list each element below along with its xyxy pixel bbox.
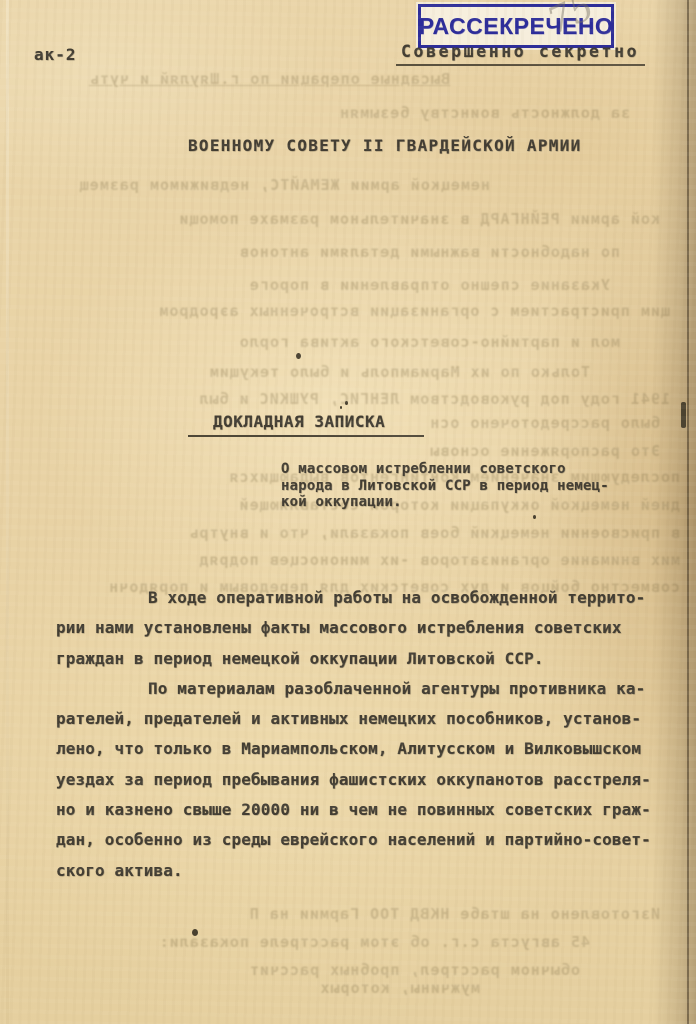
file-code: ак-2 <box>34 45 77 64</box>
bleedthrough-line: 1941 году под руководством ЛЕНГИС, РУШКИ… <box>30 390 670 408</box>
bleedthrough-line: мужчины, которых <box>200 979 480 997</box>
bleedthrough-line: 45 августа с.г. об этом расстреле показа… <box>90 933 590 951</box>
bleedthrough-line: Это распоряжение основы <box>380 442 660 460</box>
body-line: уездах за период пребывания фашистских о… <box>56 765 664 795</box>
ink-speck <box>192 929 198 936</box>
body-line: По материалам разоблаченной агентуры про… <box>56 674 664 704</box>
left-crease <box>6 0 9 1024</box>
bleedthrough-line: по надобности важными деталями антонов <box>60 243 620 261</box>
body-line: рии нами установлены факты массового ист… <box>56 613 664 643</box>
classification-label: Совершенно секретно <box>396 42 645 66</box>
right-edge-shadow <box>652 0 696 1024</box>
ink-speck <box>533 515 536 519</box>
bleedthrough-line: Изготовлено на штабе НКВД ТОО Гармии на … <box>60 905 660 923</box>
bleedthrough-line: мих внимание организаторов -их миноносце… <box>30 551 680 569</box>
bleedthrough-line: в присвоении немецкий боев показали, что… <box>30 524 680 542</box>
ink-speck <box>340 406 342 409</box>
body-line: лено, что только в Мариампольском, Алиту… <box>56 734 664 764</box>
body-line: рателей, предателей и активных немецких … <box>56 704 664 734</box>
right-edge-scan-line <box>687 0 689 1024</box>
bleedthrough-line: кой армии РЕЙНГАРД в значительном размах… <box>30 210 660 228</box>
bleedthrough-line: мол и партийно-советского актива горло <box>30 333 620 351</box>
body-text: В ходе оперативной работы на освобожденн… <box>56 583 664 886</box>
subject-line: кой оккупации. <box>281 494 609 511</box>
bleedthrough-line: немецкой армии ЖЕМАЙТС, недвижимом разме… <box>30 176 490 194</box>
subject-line: народа в Литовской ССР в период немец- <box>281 478 609 495</box>
body-line: ского актива. <box>56 856 664 886</box>
bleedthrough-line: обычном расстрел, пробных рассчит <box>160 961 580 979</box>
ink-speck <box>296 353 301 359</box>
body-line: граждан в период немецкой оккупации Лито… <box>56 644 664 674</box>
document-scan-page: Высадные операции по г.Шяуляй и чутьза д… <box>0 0 696 1024</box>
doc-title: ДОКЛАДНАЯ ЗАПИСКА <box>188 412 424 431</box>
bleedthrough-line: щим пристрастием с организации встроченн… <box>30 302 670 320</box>
bleedthrough-line: Только по их Мариамполь и было текущим <box>160 363 590 381</box>
subject-line: О массовом истреблении советского <box>281 461 609 478</box>
body-line: но и казнено свыше 20000 ни в чем не пов… <box>56 795 664 825</box>
right-margin-mark <box>681 402 686 428</box>
addressee-heading: ВОЕННОМУ СОВЕТУ II ГВАРДЕЙСКОЙ АРМИИ <box>188 136 582 155</box>
ink-speck <box>345 401 348 405</box>
subject-block: О массовом истреблении советскогонарода … <box>281 461 609 511</box>
body-line: В ходе оперативной работы на освобожденн… <box>56 583 664 613</box>
body-line: дан, особенно из среды еврейского населе… <box>56 825 664 855</box>
bleedthrough-line: за должность воинству безымян <box>300 104 630 122</box>
doc-title-underline: ДОКЛАДНАЯ ЗАПИСКА <box>188 412 424 437</box>
bleedthrough-line: Указание спешно отправлении в пороге <box>150 276 610 294</box>
bleedthrough-line: Высадные операции по г.Шяуляй и чуть <box>30 70 450 88</box>
